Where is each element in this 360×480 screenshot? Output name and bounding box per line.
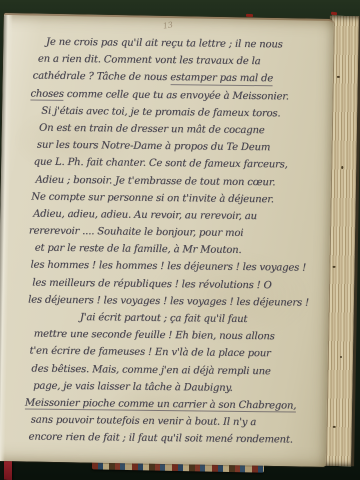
photograph: 13 Je ne crois pas qu'il ait reçu ta let… bbox=[0, 0, 360, 480]
phrase: que L. Ph. fait chanter. Ce sont de fame… bbox=[34, 157, 288, 171]
phrase: mettre une seconde feuille ! Eh bien, no… bbox=[34, 329, 275, 343]
letter-text: Je ne crois pas qu'il ait reçu ta lettre… bbox=[23, 33, 327, 459]
underlined-phrase: estamper pas mal de bbox=[170, 72, 273, 86]
edge-speck bbox=[341, 166, 343, 169]
phrase: et par le reste de la famille, à Mr Mout… bbox=[35, 243, 242, 256]
edge-speck bbox=[337, 76, 340, 78]
phrase: sur les tours Notre-Dame à propos du Te … bbox=[37, 140, 270, 154]
phrase: Je ne crois pas qu'il ait reçu ta lettre… bbox=[46, 37, 283, 51]
phrase: Adieu, adieu, adieu. Au revoir, au rerev… bbox=[33, 208, 257, 222]
phrase: sans pouvoir toutefois en venir à bout. … bbox=[31, 415, 256, 429]
phrase: Si j'étais avec toi, je te promais de fa… bbox=[41, 105, 280, 119]
phrase: Adieu ; bonsoir. Je t'embrasse de tout m… bbox=[35, 174, 275, 188]
phrase: Ne compte sur personne si on t'invite à … bbox=[31, 191, 274, 205]
letter-line: les déjeuners ! les voyages ! les voyage… bbox=[25, 291, 324, 312]
phrase: comme celle que tu as envoyée à Meissoni… bbox=[64, 88, 289, 102]
edge-speck bbox=[333, 426, 336, 428]
page-number: 13 bbox=[162, 20, 173, 30]
manuscript-page: 13 Je ne crois pas qu'il ait reçu ta let… bbox=[0, 13, 334, 467]
phrase: page, je vais laisser la tâche à Daubign… bbox=[33, 380, 233, 393]
binding-speck bbox=[331, 12, 337, 16]
phrase: les meilleurs de républiques ! les révol… bbox=[32, 277, 271, 291]
phrase: cathédrale ? Tâche de nous bbox=[33, 71, 171, 84]
underlined-phrase: choses bbox=[30, 88, 63, 101]
phrase: les hommes ! les hommes ! les déjeuners … bbox=[30, 260, 306, 274]
phrase: des bêtises. Mais, comme j'en ai déjà re… bbox=[31, 363, 270, 377]
edge-speck bbox=[333, 266, 336, 268]
phrase: t'en écrire de fameuses ! En v'là de la … bbox=[29, 346, 270, 360]
phrase: en a rien dit. Comment vont les travaux … bbox=[38, 54, 261, 68]
letter-line: encore rien de fait ; il faut qu'il soit… bbox=[23, 429, 322, 450]
phrase: rererevoir .... Souhaite le bonjour, pou… bbox=[29, 226, 243, 239]
phrase: les déjeuners ! les voyages ! les voyage… bbox=[28, 294, 309, 308]
phrase: On est en train de dresser un mât de coc… bbox=[39, 123, 265, 137]
phrase: J'ai écrit partout ; ça fait qu'il faut bbox=[80, 312, 248, 325]
phrase: encore rien de fait ; il faut qu'il soit… bbox=[29, 432, 293, 446]
underlined-phrase: Meissonier pioche comme un carrier à son… bbox=[25, 397, 296, 413]
edge-speck bbox=[340, 356, 342, 358]
